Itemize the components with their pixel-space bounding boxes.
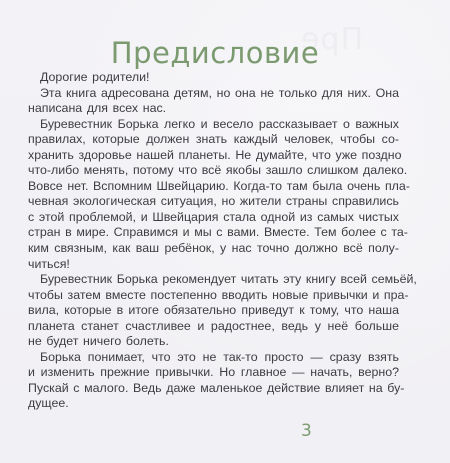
paragraph: Эта книга адресована детям, но она не то…: [28, 86, 399, 117]
text-line: Эта книга адресована детям, но она не то…: [28, 86, 399, 102]
text-line: не будет ничего болеть.: [28, 334, 399, 350]
text-line: ким связным, как ваш ребёнок, у нас точн…: [28, 241, 399, 257]
text-line: Буревестник Борька легко и весело расска…: [28, 117, 399, 133]
text-line: чевная экологическая ситуация, но жители…: [28, 194, 399, 210]
text-line: Вовсе нет. Вспомним Швейцарию. Когда-то …: [28, 179, 399, 195]
paragraph: Буревестник Борька легко и весело расска…: [28, 117, 399, 272]
text-line: правилах, которые должен знать каждый че…: [28, 132, 399, 148]
text-line: написана для всех нас.: [28, 101, 399, 117]
text-line: и изменить прежние привычки. Но главное …: [28, 365, 399, 381]
text-line: дущее.: [28, 396, 399, 412]
paragraph: Борька понимает, что это не так-то прост…: [28, 350, 399, 412]
book-page: Пре Предисловие Дорогие родители! Эта кн…: [0, 0, 450, 463]
text-line: Дорогие родители!: [28, 70, 399, 86]
text-line: вила, которые в итоге обязательно привед…: [28, 303, 399, 319]
text-line: читься!: [28, 257, 399, 273]
text-line: Борька понимает, что это не так-то прост…: [28, 350, 399, 366]
text-line: Пускай с малого. Ведь даже маленькое дей…: [28, 381, 399, 397]
text-line: что-либо менять, потому что всё якобы за…: [28, 163, 399, 179]
paragraph: Буревестник Борька рекомендует читать эт…: [28, 272, 399, 350]
text-line: планета станет счастливее и радостнее, в…: [28, 319, 399, 335]
paragraph: Дорогие родители!: [28, 70, 399, 86]
body-text: Дорогие родители! Эта книга адресована д…: [28, 70, 399, 412]
text-line: хранить здоровье нашей планеты. Не думай…: [28, 148, 399, 164]
text-line: стран в мире. Справимся и мы с вами. Вме…: [28, 225, 399, 241]
page-title: Предисловие: [0, 33, 430, 73]
text-line: с этой проблемой, и Швейцария стала одно…: [28, 210, 399, 226]
page-number: 3: [301, 421, 312, 441]
text-line: чтобы затем вместе постепенно вводить но…: [28, 288, 399, 304]
text-line: Буревестник Борька рекомендует читать эт…: [28, 272, 399, 288]
